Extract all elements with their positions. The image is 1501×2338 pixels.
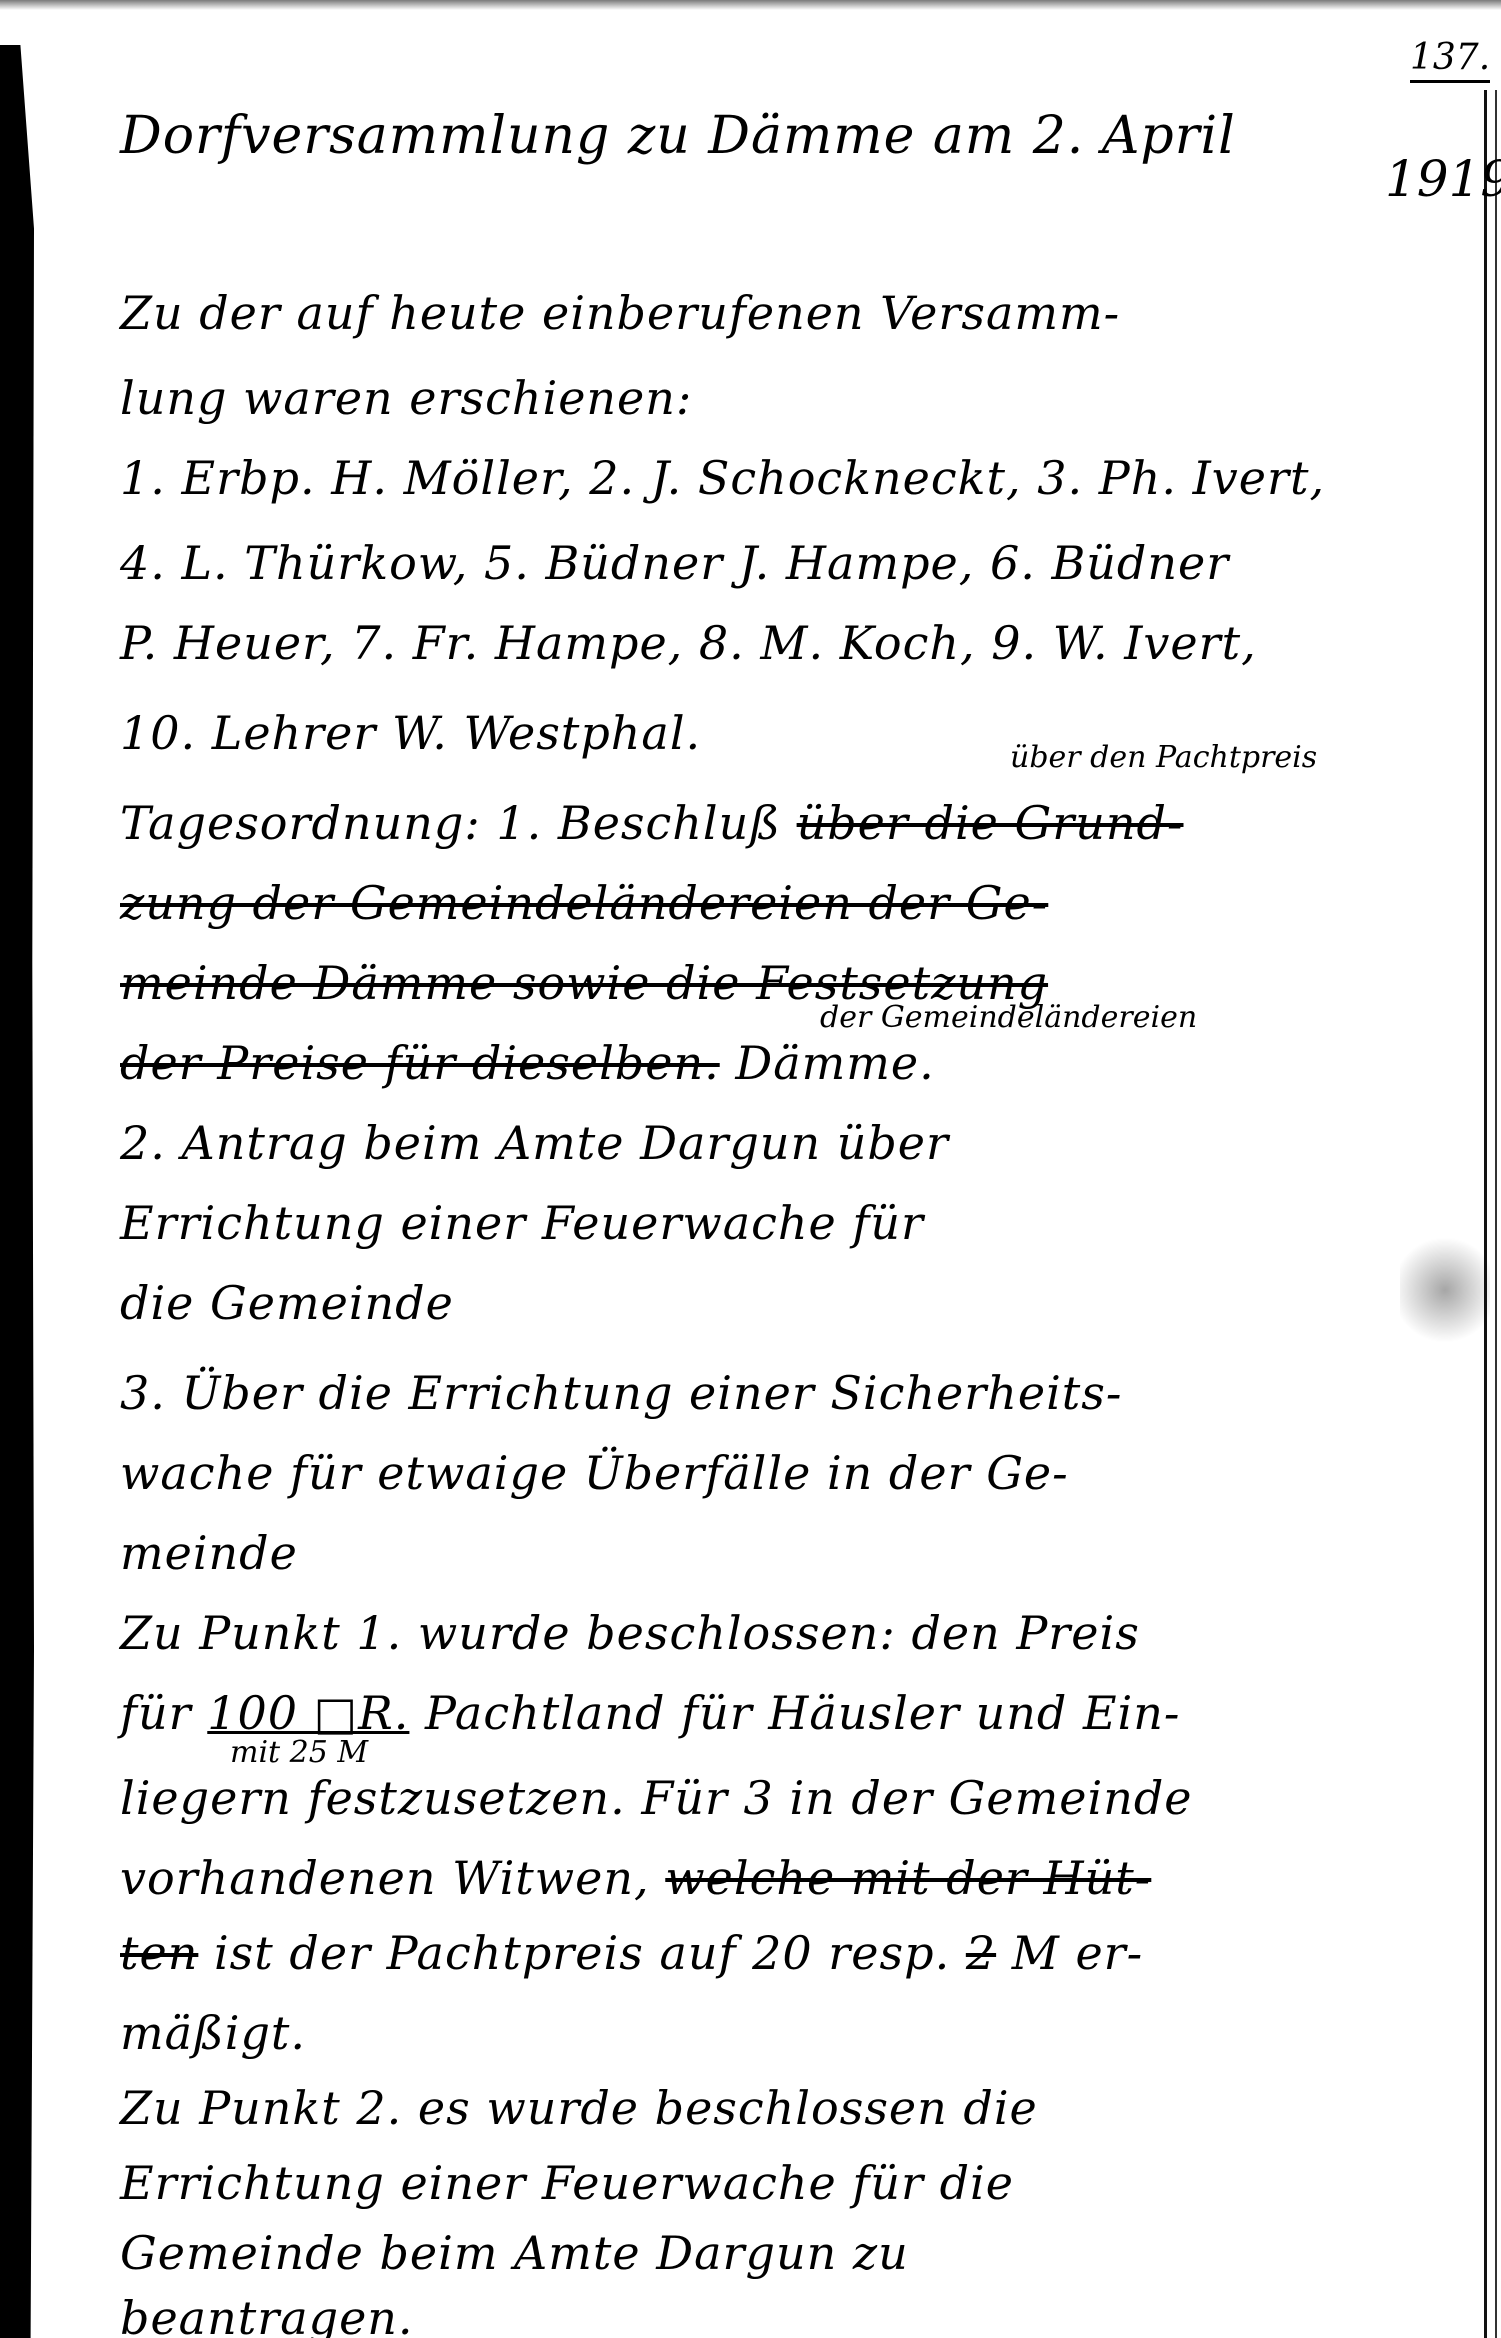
- attendance-intro-line-1: Zu der auf heute einberufenen Versamm-: [120, 290, 1120, 336]
- agenda-insert-daemme: Dämme.: [735, 1036, 934, 1090]
- resolution-2-line-2: Errichtung einer Feuerwache für die: [120, 2160, 1014, 2206]
- resolution-1-line-6: mäßigt.: [120, 2010, 306, 2056]
- resolution-1-line-5: ten ist der Pachtpreis auf 20 resp. 2 M …: [120, 1930, 1143, 1976]
- agenda-line-1: Tagesordnung: 1. Beschluß über die Grund…: [120, 800, 1184, 846]
- agenda-insert-gemeindelaendereien: der Gemeindeländereien: [820, 1000, 1197, 1035]
- page-margin-rule: [1484, 90, 1487, 2338]
- agenda-item-2-line-1: 2. Antrag beim Amte Dargun über: [120, 1120, 949, 1166]
- resolution-1-struck-text: 2: [966, 1926, 996, 1980]
- agenda-struck-line-4: der Preise für dieselben.: [120, 1036, 720, 1090]
- agenda-label: Tagesordnung: 1. Beschluß: [120, 796, 781, 850]
- attendance-intro-line-2: lung waren erschienen:: [120, 375, 692, 421]
- document-heading: Dorfversammlung zu Dämme am 2. April: [120, 110, 1236, 162]
- page-number: 137.: [1410, 40, 1490, 83]
- agenda-insert-pachtpreis: über den Pachtpreis: [1010, 740, 1317, 775]
- agenda-item-3-line-3: meinde: [120, 1530, 298, 1576]
- resolution-1-line-1: Zu Punkt 1. wurde beschlossen: den Preis: [120, 1610, 1140, 1656]
- resolution-2-line-4: beantragen.: [120, 2295, 414, 2338]
- resolution-1-struck-text: welche mit der Hüt-: [665, 1851, 1151, 1905]
- resolution-2-line-1: Zu Punkt 2. es wurde beschlossen die: [120, 2085, 1038, 2131]
- resolution-1-insert-price: mit 25 M: [230, 1735, 368, 1770]
- agenda-item-2-line-2: Errichtung einer Feuerwache für: [120, 1200, 924, 1246]
- resolution-1-line-2: für 100 □R. Pachtland für Häusler und Ei…: [120, 1690, 1180, 1736]
- agenda-struck-line-2: zung der Gemeindeländereien der Ge-: [120, 880, 1048, 926]
- agenda-item-2-line-3: die Gemeinde: [120, 1280, 454, 1326]
- resolution-1-text: ist der Pachtpreis auf 20 resp.: [214, 1926, 950, 1980]
- agenda-item-3-line-2: wache für etwaige Überfälle in der Ge-: [120, 1450, 1069, 1496]
- attendee-list-line-2: 4. L. Thürkow, 5. Büdner J. Hampe, 6. Bü…: [120, 540, 1229, 586]
- resolution-1-text: Pachtland für Häusler und Ein-: [425, 1686, 1180, 1740]
- agenda-struck-text: über die Grund-: [797, 796, 1184, 850]
- ink-stain: [1400, 1230, 1490, 1350]
- resolution-1-line-3: liegern festzusetzen. Für 3 in der Gemei…: [120, 1775, 1193, 1821]
- scanned-page: 137. Dorfversammlung zu Dämme am 2. Apri…: [0, 0, 1501, 2338]
- attendee-list-line-1: 1. Erbp. H. Möller, 2. J. Schockneckt, 3…: [120, 455, 1325, 501]
- heading-year: 1919: [1385, 150, 1501, 208]
- resolution-1-area: 100 □R.: [207, 1686, 409, 1740]
- attendee-list-line-3: P. Heuer, 7. Fr. Hampe, 8. M. Koch, 9. W…: [120, 620, 1257, 666]
- agenda-item-3-line-1: 3. Über die Errichtung einer Sicherheits…: [120, 1370, 1122, 1416]
- page-edge-rule: [1495, 90, 1497, 2338]
- resolution-2-line-3: Gemeinde beim Amte Dargun zu: [120, 2230, 909, 2276]
- scan-top-edge: [0, 0, 1501, 10]
- resolution-1-text: M er-: [1012, 1926, 1143, 1980]
- agenda-line-4: der Preise für dieselben. Dämme.: [120, 1040, 935, 1086]
- resolution-1-text: vorhandenen Witwen,: [120, 1851, 650, 1905]
- resolution-1-text: für: [120, 1686, 192, 1740]
- resolution-1-line-4: vorhandenen Witwen, welche mit der Hüt-: [120, 1855, 1151, 1901]
- book-binding-shadow: [0, 45, 34, 2338]
- resolution-1-struck-text: ten: [120, 1926, 198, 1980]
- attendee-list-line-4: 10. Lehrer W. Westphal.: [120, 710, 701, 756]
